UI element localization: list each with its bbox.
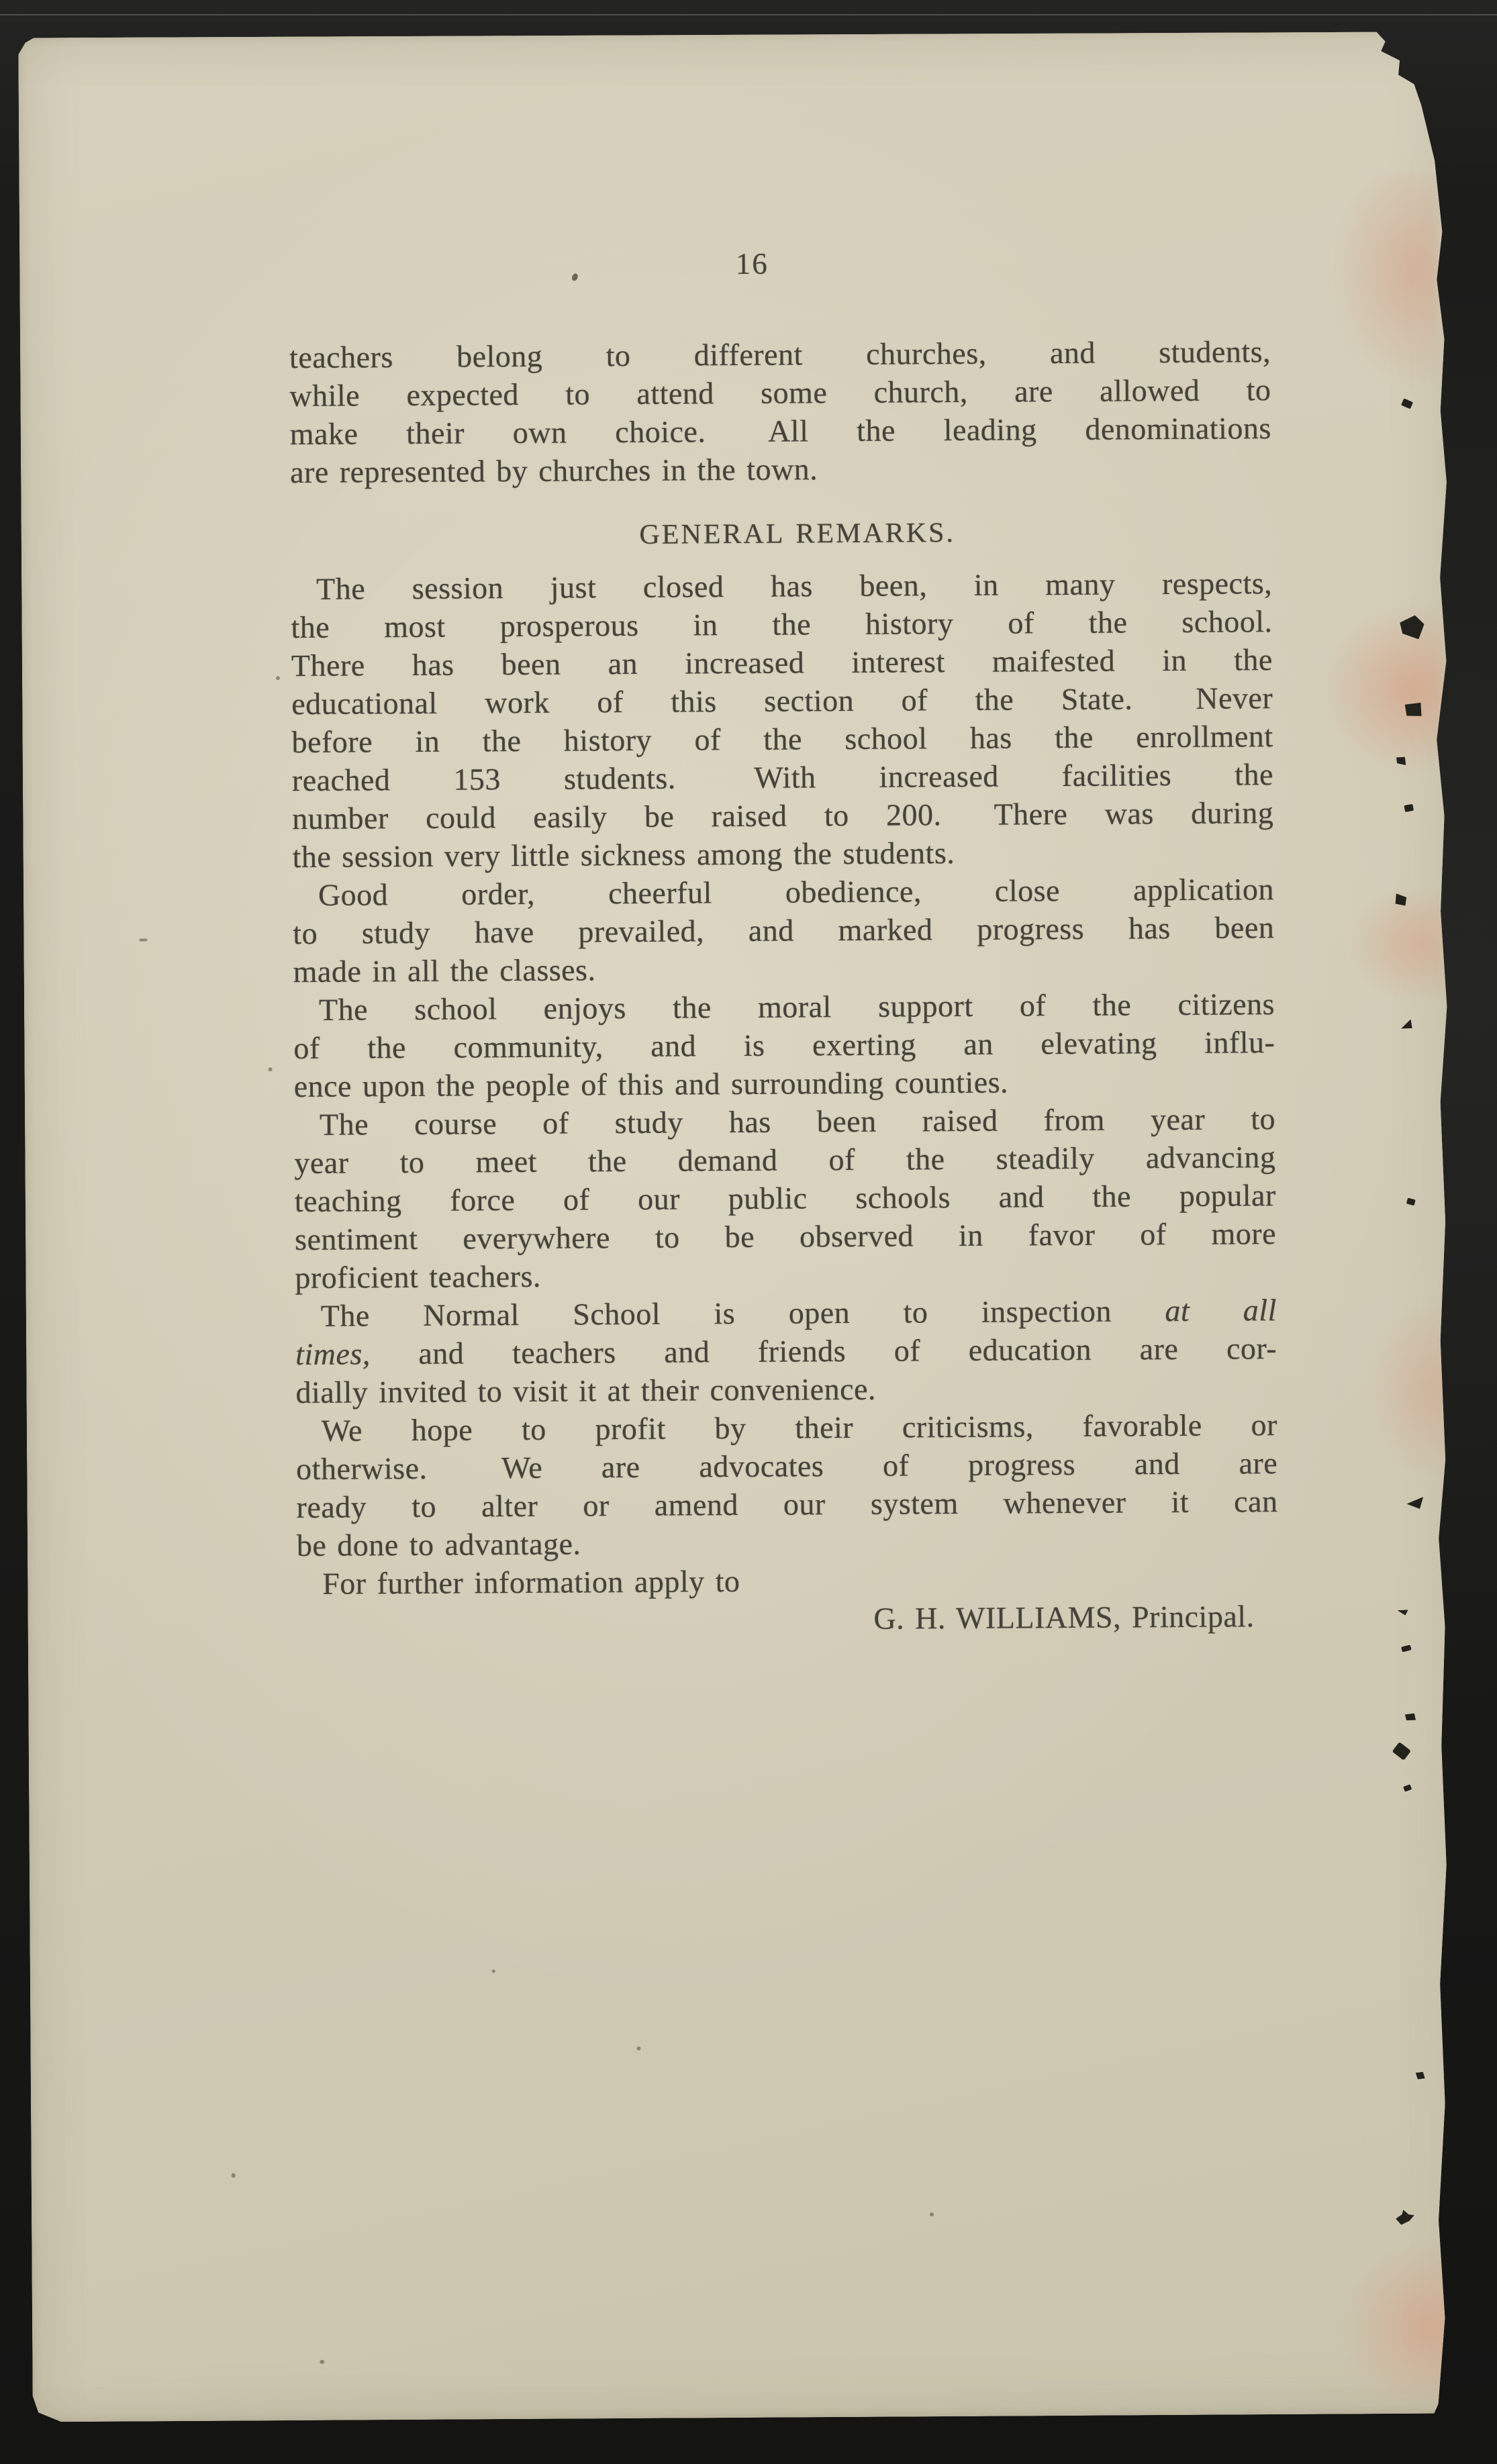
italic-text: at all — [1165, 1293, 1277, 1328]
stain — [1347, 885, 1445, 1003]
edge-speck — [1391, 891, 1410, 909]
text-line: teaching force of our public schools and… — [295, 1176, 1276, 1220]
paragraph: The school enjoys the moral support of t… — [293, 985, 1275, 1105]
text-line: reached 153 students. With increased fac… — [292, 755, 1273, 799]
stain — [1367, 1301, 1449, 1480]
text-segment: and teachers and friends of education ar… — [371, 1331, 1277, 1371]
dust-speck — [930, 2212, 934, 2216]
edge-speck — [1404, 804, 1414, 812]
paragraph: The course of study has been raised from… — [294, 1099, 1277, 1297]
dust-speck — [269, 1067, 273, 1071]
text-line: the session very little sickness among t… — [292, 832, 1273, 876]
text-line: make their own choice. All the leading d… — [290, 409, 1271, 453]
edge-speck — [1404, 1712, 1416, 1722]
dust-speck — [320, 2360, 324, 2364]
scan-edge-line — [0, 14, 1497, 15]
edge-speck — [1399, 1019, 1414, 1032]
text-line: The Normal School is open to inspection … — [295, 1291, 1277, 1335]
edge-speck — [1414, 2069, 1427, 2081]
edge-speck — [1392, 1742, 1411, 1761]
edge-speck — [1401, 398, 1413, 409]
edge-speck — [1406, 1198, 1416, 1206]
page-number: 16 — [19, 243, 1449, 285]
text-line: ence upon the people of this and surroun… — [294, 1061, 1275, 1105]
dust-speck — [139, 938, 147, 941]
text-line: dially invited to visit it at their conv… — [295, 1367, 1277, 1412]
paragraph: For further information apply to — [297, 1559, 1278, 1603]
text-line: proficient teachers. — [295, 1252, 1276, 1297]
text-line: to study have prevailed, and marked prog… — [293, 908, 1274, 952]
dust-speck — [636, 2047, 640, 2051]
text-line: teachers belong to different churches, a… — [289, 332, 1271, 377]
stain — [1322, 603, 1445, 775]
text-line: of the community, and is exerting an ele… — [293, 1023, 1275, 1067]
edge-speck — [1397, 1607, 1408, 1616]
text-line: There has been an increased interest mai… — [291, 640, 1273, 685]
text-line: We hope to profit by their criticisms, f… — [296, 1406, 1277, 1450]
dust-speck — [232, 2173, 236, 2178]
stain — [1341, 2241, 1454, 2400]
paragraph: We hope to profit by their criticisms, f… — [296, 1406, 1278, 1565]
edge-speck — [1401, 1644, 1412, 1652]
text-line: the most prosperous in the history of th… — [291, 602, 1272, 646]
dust-speck — [276, 676, 280, 680]
text-line: Good order, cheerful obedience, close ap… — [293, 870, 1274, 914]
text-line: educational work of this section of the … — [291, 679, 1273, 723]
text-line: The session just closed has been, in man… — [291, 564, 1272, 608]
edge-speck — [1403, 699, 1424, 720]
text-line: while expected to attend some church, ar… — [289, 371, 1271, 415]
text-line: For further information apply to — [297, 1559, 1278, 1603]
text-line: number could easily be raised to 200. Th… — [292, 793, 1273, 838]
text-line: made in all the classes. — [293, 946, 1275, 991]
text-line: The school enjoys the moral support of t… — [293, 985, 1275, 1029]
text-line: sentiment everywhere to be observed in f… — [295, 1214, 1276, 1259]
text-line: otherwise. We are advocates of progress … — [296, 1444, 1277, 1488]
text-segment: The Normal School is open to inspection — [321, 1293, 1165, 1333]
text-line: ready to alter or amend our system whene… — [296, 1482, 1277, 1526]
paragraph: teachers belong to different churches, a… — [289, 332, 1271, 491]
paragraph: The Normal School is open to inspection … — [295, 1291, 1277, 1412]
edge-speck — [1403, 1784, 1412, 1791]
edge-speck — [1395, 2208, 1415, 2225]
edge-speck — [1406, 1497, 1424, 1511]
paragraph: The session just closed has been, in man… — [291, 564, 1274, 876]
text-block: teachers belong to different churches, a… — [289, 332, 1279, 1641]
paragraph: Good order, cheerful obedience, close ap… — [293, 870, 1275, 991]
edge-speck — [1398, 613, 1426, 640]
text-line: times, and teachers and friends of educa… — [295, 1329, 1277, 1373]
text-line: are represented by churches in the town. — [290, 447, 1271, 491]
text-line: be done to advantage. — [297, 1520, 1278, 1565]
dust-speck — [492, 1969, 495, 1973]
italic-text: times, — [295, 1336, 371, 1371]
document-page: 16 teachers belong to different churches… — [18, 30, 1463, 2422]
text-line: before in the history of the school has … — [291, 717, 1273, 761]
signature-line: G. H. WILLIAMS, Principal. — [297, 1597, 1278, 1641]
section-heading: GENERAL REMARKS. — [291, 512, 1272, 556]
text-line: year to meet the demand of the steadily … — [294, 1138, 1275, 1182]
text-line: The course of study has been raised from… — [294, 1099, 1275, 1144]
edge-speck — [1394, 753, 1410, 767]
stain — [1333, 174, 1439, 389]
